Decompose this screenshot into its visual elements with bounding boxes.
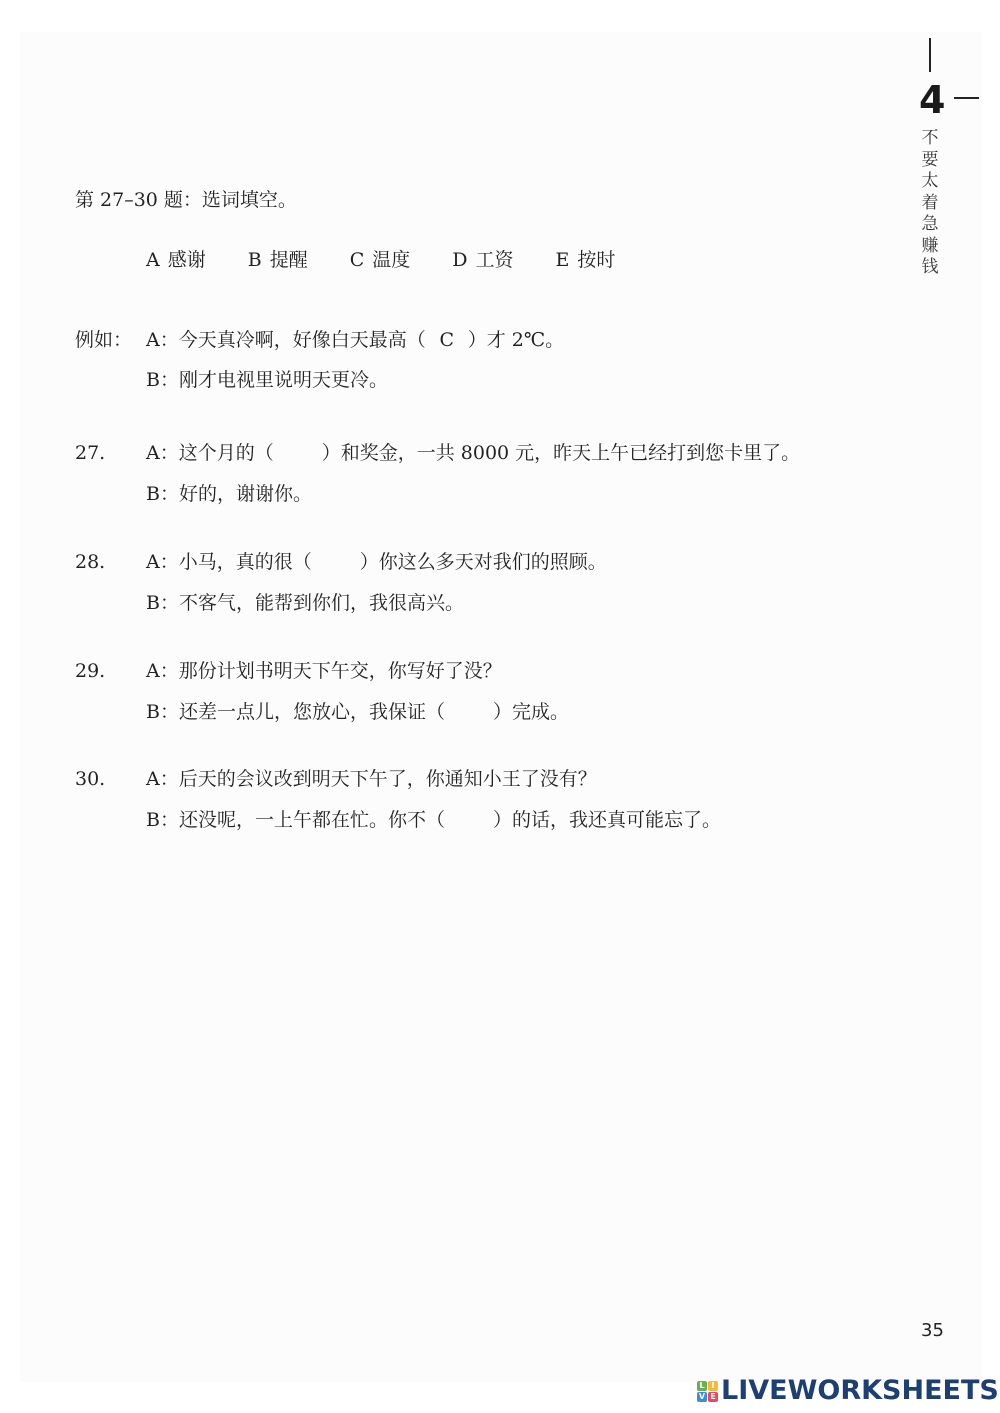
- question-30-line-b: B：还没呢，一上午都在忙。你不（）的话，我还真可能忘了。: [146, 808, 721, 832]
- question-27-line-a: A：这个月的（）和奖金，一共 8000 元，昨天上午已经打到您卡里了。: [146, 441, 800, 465]
- chapter-dash: [954, 97, 979, 99]
- question-27-line-b: B：好的，谢谢你。: [146, 482, 312, 506]
- question-28-line-b: B：不客气，能帮到你们，我很高兴。: [146, 591, 464, 615]
- example-label: 例如：: [75, 328, 132, 352]
- chapter-divider-line: [929, 38, 931, 72]
- instruction-heading: 第 27–30 题：选词填空。: [75, 188, 297, 212]
- example-line-a: A：今天真冷啊，好像白天最高（C）才 2℃。: [146, 328, 564, 352]
- option-a: A感谢: [146, 248, 206, 272]
- question-27-number: 27.: [75, 441, 105, 465]
- option-c: C温度: [350, 248, 411, 272]
- chapter-number: 4: [919, 80, 945, 120]
- option-b: B提醒: [248, 248, 308, 272]
- question-30-number: 30.: [75, 767, 105, 791]
- option-d: D工资: [452, 248, 513, 272]
- chapter-title: 不 要 太 着 急 赚 钱: [919, 128, 941, 279]
- logo-text: LIVEWORKSHEETS: [721, 1376, 999, 1406]
- question-28-number: 28.: [75, 550, 105, 574]
- question-29-line-a: A：那份计划书明天下午交，你写好了没？: [146, 659, 502, 683]
- example-line-b: B：刚才电视里说明天更冷。: [146, 368, 388, 392]
- question-30-line-a: A：后天的会议改到明天下午了，你通知小王了没有？: [146, 767, 597, 791]
- question-29-line-b: B：还差一点儿，您放心，我保证（）完成。: [146, 700, 569, 724]
- liveworksheets-logo: L I V E LIVEWORKSHEETS: [697, 1376, 999, 1406]
- page-number: 35: [921, 1320, 944, 1341]
- example-answer: C: [426, 328, 468, 352]
- logo-tiles-icon: L I V E: [697, 1381, 718, 1402]
- question-28-line-a: A：小马，真的很（）你这么多天对我们的照顾。: [146, 550, 607, 574]
- option-e: E按时: [556, 248, 616, 272]
- question-29-number: 29.: [75, 659, 105, 683]
- word-options: A感谢 B提醒 C温度 D工资 E按时: [146, 248, 657, 272]
